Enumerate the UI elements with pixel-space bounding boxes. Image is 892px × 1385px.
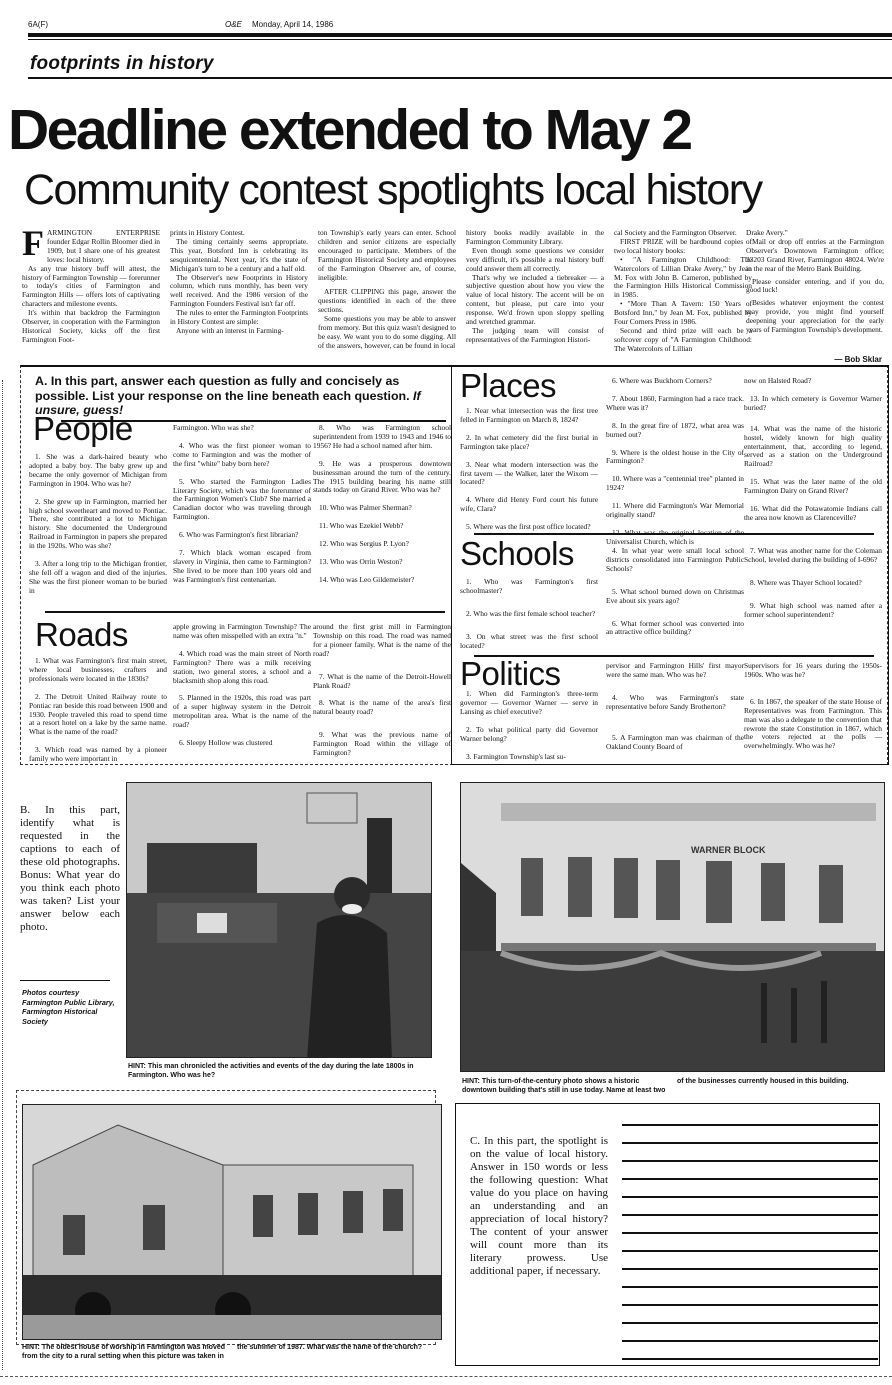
paragraph: ton Township's early years can enter. Sc… [318, 229, 456, 282]
header-rule [28, 33, 892, 37]
question: 10. Who was Palmer Sherman? [313, 504, 451, 513]
drop-cap: F [22, 229, 44, 257]
question: 9. What high school was named after a fo… [744, 602, 882, 620]
question: 4. Who was Farmington's state representa… [606, 694, 744, 712]
photo-image: WARNER BLOCK [461, 783, 885, 1072]
intro-column-1: F ARMINGTON ENTERPRISE founder Edgar Rol… [22, 229, 160, 345]
question: 14. Who was Leo Gildemeister? [313, 576, 451, 585]
paragraph: Even though some questions we consider v… [466, 247, 604, 274]
question: 8. Where was Thayer School located? [744, 579, 882, 588]
question: 12. Who was Sergius P. Lyon? [313, 540, 451, 549]
question: 3. Farmington Township's last su- [460, 753, 598, 762]
paragraph: The timing certainly seems appropriate. … [170, 238, 308, 274]
places-column-2: 6. Where was Buckhorn Corners? 7. About … [606, 377, 744, 556]
places-column-1: 1. Near what intersection was the first … [460, 407, 598, 541]
kicker-rule [28, 77, 892, 79]
question: 9. What was the previous name of Farming… [313, 731, 451, 758]
question: 5. Where was the first post office locat… [460, 523, 598, 532]
paragraph: As any true history buff will attest, th… [22, 265, 160, 310]
politics-column-1: 1. When did Farmington's three-term gove… [460, 690, 598, 770]
schools-column-3: 7. What was another name for the Coleman… [744, 547, 882, 629]
question: 2. The Detroit United Railway route to P… [29, 693, 167, 738]
answer-line[interactable] [622, 1340, 878, 1342]
section-title-politics: Politics [460, 657, 561, 691]
answer-line[interactable] [622, 1304, 878, 1306]
question: 13. Who was Orrin Weston? [313, 558, 451, 567]
svg-text:WARNER BLOCK: WARNER BLOCK [691, 845, 766, 855]
question: 7. Which black woman escaped from slaver… [173, 549, 311, 585]
question: 4. Which road was the main street of Nor… [173, 650, 311, 686]
question: 2. To what political party did Governor … [460, 726, 598, 744]
question: 12. What was the original location of th… [606, 529, 744, 547]
intro-column-5: cal Society and the Farmington Observer.… [614, 229, 752, 354]
paragraph: It's within that backdrop the Farmington… [22, 309, 160, 345]
part-b-instructions: B. In this part, identify what is reques… [20, 804, 120, 934]
answer-line[interactable] [622, 1214, 878, 1216]
divider [45, 611, 445, 613]
politics-column-2: pervisor and Farmington Hills' first may… [606, 662, 744, 760]
part-c-essay-box: C. In this part, the spotlight is on the… [455, 1103, 880, 1366]
roads-column-2: apple growing in Farmington Township? Th… [173, 623, 311, 757]
paragraph: AFTER CLIPPING this page, answer the que… [318, 288, 456, 315]
question: 11. Where did Farmington's War Memorial … [606, 502, 744, 520]
section-title-schools: Schools [460, 537, 574, 571]
question: 16. What did the Potawatomie Indians cal… [744, 505, 882, 523]
question: 3. After a long trip to the Michigan fro… [29, 560, 167, 596]
answer-line[interactable] [622, 1358, 878, 1360]
question: 6. Who was Farmington's first librarian? [173, 531, 311, 540]
paragraph: Besides whatever enjoyment the contest m… [746, 299, 884, 335]
instructions-text: A. In this part, answer each question as… [35, 374, 410, 403]
photo-hint-1: HINT: This man chronicled the activities… [128, 1063, 428, 1080]
question: Supervisors for 16 years during the 1950… [744, 662, 882, 680]
schools-column-2: 4. In what year were small local school … [606, 547, 744, 646]
photo-church-move [22, 1104, 442, 1340]
roads-column-3: around the first grist mill in Farmingto… [313, 623, 451, 767]
intro-column-6: Drake Avery." Mail or drop off entries a… [746, 229, 884, 335]
paragraph: history books readily available in the F… [466, 229, 604, 247]
publication-name: O&E [225, 20, 242, 29]
paragraph: Some questions you may be able to answer… [318, 315, 456, 351]
page-number: 6A(F) [28, 20, 48, 29]
answer-line[interactable] [622, 1322, 878, 1324]
question: 4. In what year were small local school … [606, 547, 744, 574]
answer-line[interactable] [622, 1178, 878, 1180]
question: 11. Who was Ezekiel Webb? [313, 522, 451, 531]
cut-line [0, 1376, 892, 1377]
photo-credit: Photos courtesy Farmington Public Librar… [22, 988, 117, 1026]
schools-column-1: 1. Who was Farmington's first schoolmast… [460, 578, 598, 660]
question: 5. Who started the Farmington Ladies Lit… [173, 478, 311, 523]
intro-column-3: ton Township's early years can enter. Sc… [318, 229, 456, 351]
question: 8. In the great fire of 1872, what area … [606, 422, 744, 440]
question: 6. What former school was converted into… [606, 620, 744, 638]
places-schools-politics-box: Places 1. Near what intersection was the… [451, 365, 889, 765]
question: 8. What is the name of the area's first … [313, 699, 451, 717]
paragraph: Please consider entering, and if you do,… [746, 278, 884, 296]
paragraph: The rules to enter the Farmington Footpr… [170, 309, 308, 327]
answer-line[interactable] [622, 1286, 878, 1288]
question: 5. Planned in the 1920s, this road was p… [173, 694, 311, 730]
people-column-2: Farmington. Who was she? 4. Who was the … [173, 424, 311, 594]
photo-hint-2: HINT: This turn-of-the-century photo sho… [462, 1078, 882, 1095]
folio-line: 6A(F) O&E [28, 16, 888, 32]
photo-image [23, 1105, 442, 1340]
question: 6. Sleepy Hollow was clustered [173, 739, 311, 748]
question: 3. Near what modern intersection was the… [460, 461, 598, 488]
paragraph: • "A Farmington Childhood: The Watercolo… [614, 256, 752, 301]
question: 1. When did Farmington's three-term gove… [460, 690, 598, 717]
paragraph: • "More Than A Tavern: 150 Years of Bots… [614, 300, 752, 327]
question: 1. Who was Farmington's first schoolmast… [460, 578, 598, 596]
question: pervisor and Farmington Hills' first may… [606, 662, 744, 680]
question: 2. Who was the first female school teach… [460, 610, 598, 619]
question: 1. Near what intersection was the first … [460, 407, 598, 425]
paragraph: Anyone with an interest in Farming- [170, 327, 308, 336]
issue-date: Monday, April 14, 1986 [252, 20, 333, 29]
answer-line[interactable] [622, 1196, 878, 1198]
question: 6. In 1867, the speaker of the state Hou… [744, 698, 882, 751]
question: 4. Who was the first pioneer woman to co… [173, 442, 311, 469]
people-column-1: 1. She was a dark-haired beauty who adop… [29, 453, 167, 605]
question: 3. Which road was named by a pioneer fam… [29, 746, 167, 764]
question: 4. Where did Henry Ford court his future… [460, 496, 598, 514]
question: 7. What was another name for the Coleman… [744, 547, 882, 565]
section-title-people: People [33, 412, 133, 446]
question: 5. What school burned down on Christmas … [606, 588, 744, 606]
paragraph: That's why we included a tiebreaker — a … [466, 274, 604, 327]
paragraph: Mail or drop off entries at the Farmingt… [746, 238, 884, 274]
question: Farmington. Who was she? [173, 424, 311, 433]
paragraph: FIRST PRIZE will be hardbound copies of … [614, 238, 752, 256]
paragraph: The judging team will consist of represe… [466, 327, 604, 345]
section-kicker: footprints in history [30, 53, 214, 75]
answer-line[interactable] [622, 1142, 878, 1144]
answer-line[interactable] [622, 1232, 878, 1234]
photo-hint-3: HINT: The oldest house of worship in Far… [22, 1344, 442, 1361]
question: 7. About 1860, Farmington had a race tra… [606, 395, 744, 413]
question: 6. Where was Buckhorn Corners? [606, 377, 744, 386]
question: 7. What is the name of the Detroit-Howel… [313, 673, 451, 691]
answer-line[interactable] [622, 1124, 878, 1126]
question: 13. In which cemetery is Governor Warner… [744, 395, 882, 413]
question: 2. She grew up in Farmington, married he… [29, 498, 167, 551]
paragraph: The Observer's new Footprints in History… [170, 274, 308, 310]
question: 10. Where was a "centennial tree" plante… [606, 475, 744, 493]
intro-column-2: prints in History Contest. The timing ce… [170, 229, 308, 336]
politics-column-3: Supervisors for 16 years during the 1950… [744, 662, 882, 760]
part-a-quiz-box: A. In this part, answer each question as… [20, 365, 888, 765]
paragraph: Second and third prize will each be a so… [614, 327, 752, 354]
question: apple growing in Farmington Township? Th… [173, 623, 311, 641]
byline: — Bob Sklar [834, 355, 882, 364]
question: 9. He was a prosperous downtown business… [313, 460, 451, 496]
question: 8. Who was Farmington school superintend… [313, 424, 451, 451]
question: 5. A Farmington man was chairman of the … [606, 734, 744, 752]
cut-line [2, 380, 3, 1370]
question: 1. She was a dark-haired beauty who adop… [29, 453, 167, 489]
part-c-instructions: C. In this part, the spotlight is on the… [470, 1135, 608, 1278]
divider [20, 980, 110, 981]
section-title-places: Places [460, 369, 556, 403]
intro-column-4: history books readily available in the F… [466, 229, 604, 345]
question: 14. What was the name of the historic ho… [744, 425, 882, 470]
question: 2. In what cemetery did the first burial… [460, 434, 598, 452]
answer-line[interactable] [622, 1160, 878, 1162]
answer-line[interactable] [622, 1250, 878, 1252]
subheadline: Community contest spotlights local histo… [24, 166, 892, 214]
photo-image [127, 783, 432, 1058]
section-title-roads: Roads [35, 618, 128, 652]
question: now on Halsted Road? [744, 377, 882, 386]
photo-warner-block: WARNER BLOCK [460, 782, 885, 1072]
question: 3. On what street was the first school l… [460, 633, 598, 651]
answer-line[interactable] [622, 1268, 878, 1270]
question: around the first grist mill in Farmingto… [313, 623, 451, 659]
question: 1. What was Farmington's first main stre… [29, 657, 167, 684]
places-column-3: now on Halsted Road? 13. In which cemete… [744, 377, 882, 532]
header-rule-thin [28, 39, 892, 40]
people-column-3: 8. Who was Farmington school superintend… [313, 424, 451, 594]
intro-article: F ARMINGTON ENTERPRISE founder Edgar Rol… [22, 229, 888, 369]
headline: Deadline extended to May 2 [8, 100, 892, 160]
question: 15. What was the later name of the old F… [744, 478, 882, 496]
question: 9. Where is the oldest house in the City… [606, 449, 744, 467]
photo-man-at-desk [126, 782, 432, 1058]
roads-column-1: 1. What was Farmington's first main stre… [29, 657, 167, 773]
